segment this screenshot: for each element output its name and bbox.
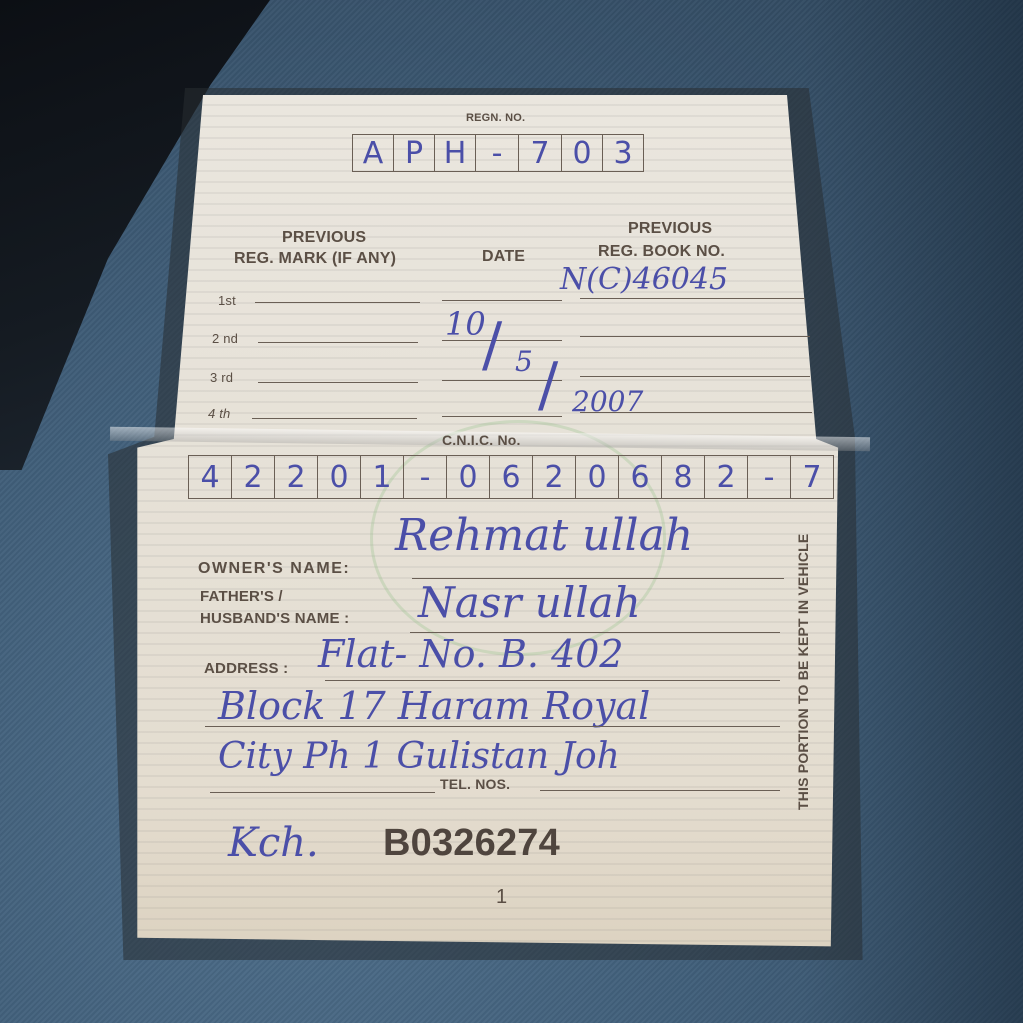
serial-number: B0326274: [383, 822, 560, 865]
regn-char: -: [476, 135, 519, 171]
cnic-boxes: 4 2 2 0 1 - 0 6 2 0 6 8 2 - 7: [188, 455, 834, 499]
regn-no-boxes: A P H - 7 0 3: [352, 134, 644, 172]
cnic-char: 0: [447, 456, 490, 498]
address-line-2: Block 17 Haram Royal: [218, 684, 650, 728]
date-slash: /: [482, 310, 502, 380]
row-line: [258, 342, 418, 343]
date-label: DATE: [482, 248, 525, 266]
cnic-char: 0: [318, 456, 361, 498]
owner-name-label: OWNER'S NAME:: [198, 560, 350, 578]
cnic-label: C.N.I.C. No.: [442, 432, 521, 448]
page-number: 1: [496, 886, 507, 909]
date-year: 2007: [572, 385, 643, 418]
tel-label: TEL. NOS.: [440, 776, 510, 792]
row-label-3rd: 3 rd: [210, 370, 233, 385]
regn-char: 3: [603, 135, 643, 171]
cnic-char: 2: [232, 456, 275, 498]
cnic-char: 6: [619, 456, 662, 498]
regn-char: P: [394, 135, 435, 171]
address-line-1: Flat- No. B. 402: [318, 632, 624, 676]
regn-char: 7: [519, 135, 562, 171]
row-label-2nd: 2 nd: [212, 331, 238, 346]
owner-name-value: Rehmat ullah: [395, 510, 693, 561]
row-line: [442, 300, 562, 301]
cnic-char: 2: [533, 456, 576, 498]
address-line: [205, 726, 780, 727]
father-label-2: HUSBAND'S NAME :: [200, 610, 349, 627]
row-line: [258, 382, 418, 383]
prev-book-no-value: N(C)46045: [560, 262, 728, 297]
cnic-char: 7: [791, 456, 833, 498]
tel-line: [540, 790, 780, 791]
regn-char: H: [435, 135, 476, 171]
cnic-char: -: [748, 456, 791, 498]
prev-book-label-1: PREVIOUS: [628, 220, 712, 238]
cnic-char: 2: [705, 456, 748, 498]
address-line-3: City Ph 1 Gulistan Joh: [218, 736, 620, 777]
date-month: 5: [515, 345, 533, 378]
cnic-char: 1: [361, 456, 404, 498]
row-line: [580, 376, 810, 377]
vehicle-portion-note: THIS PORTION TO BE KEPT IN VEHICLE: [795, 534, 811, 810]
cnic-char: 8: [662, 456, 705, 498]
prev-book-label-2: REG. BOOK NO.: [598, 243, 725, 261]
address-label: ADDRESS :: [204, 660, 288, 677]
prev-reg-mark-label-2: REG. MARK (IF ANY): [234, 250, 396, 268]
date-day: 10: [445, 305, 486, 343]
cnic-char: 2: [275, 456, 318, 498]
father-label-1: FATHER'S /: [200, 588, 283, 605]
row-label-1st: 1st: [218, 293, 236, 308]
regn-char: 0: [562, 135, 603, 171]
address-line-4: Kch.: [228, 820, 319, 866]
cnic-char: 0: [576, 456, 619, 498]
regn-no-label: REGN. NO.: [466, 112, 525, 124]
father-name-value: Nasr ullah: [418, 578, 641, 627]
tel-line: [210, 792, 435, 793]
address-line: [325, 680, 780, 681]
row-line: [252, 418, 417, 419]
row-label-4th: 4 th: [208, 406, 230, 421]
cnic-char: 6: [490, 456, 533, 498]
row-line: [255, 302, 420, 303]
regn-char: A: [353, 135, 394, 171]
cnic-char: -: [404, 456, 447, 498]
row-line: [580, 298, 805, 299]
prev-reg-mark-label-1: PREVIOUS: [282, 229, 366, 247]
date-slash: /: [538, 350, 558, 420]
row-line: [580, 336, 810, 337]
cnic-char: 4: [189, 456, 232, 498]
